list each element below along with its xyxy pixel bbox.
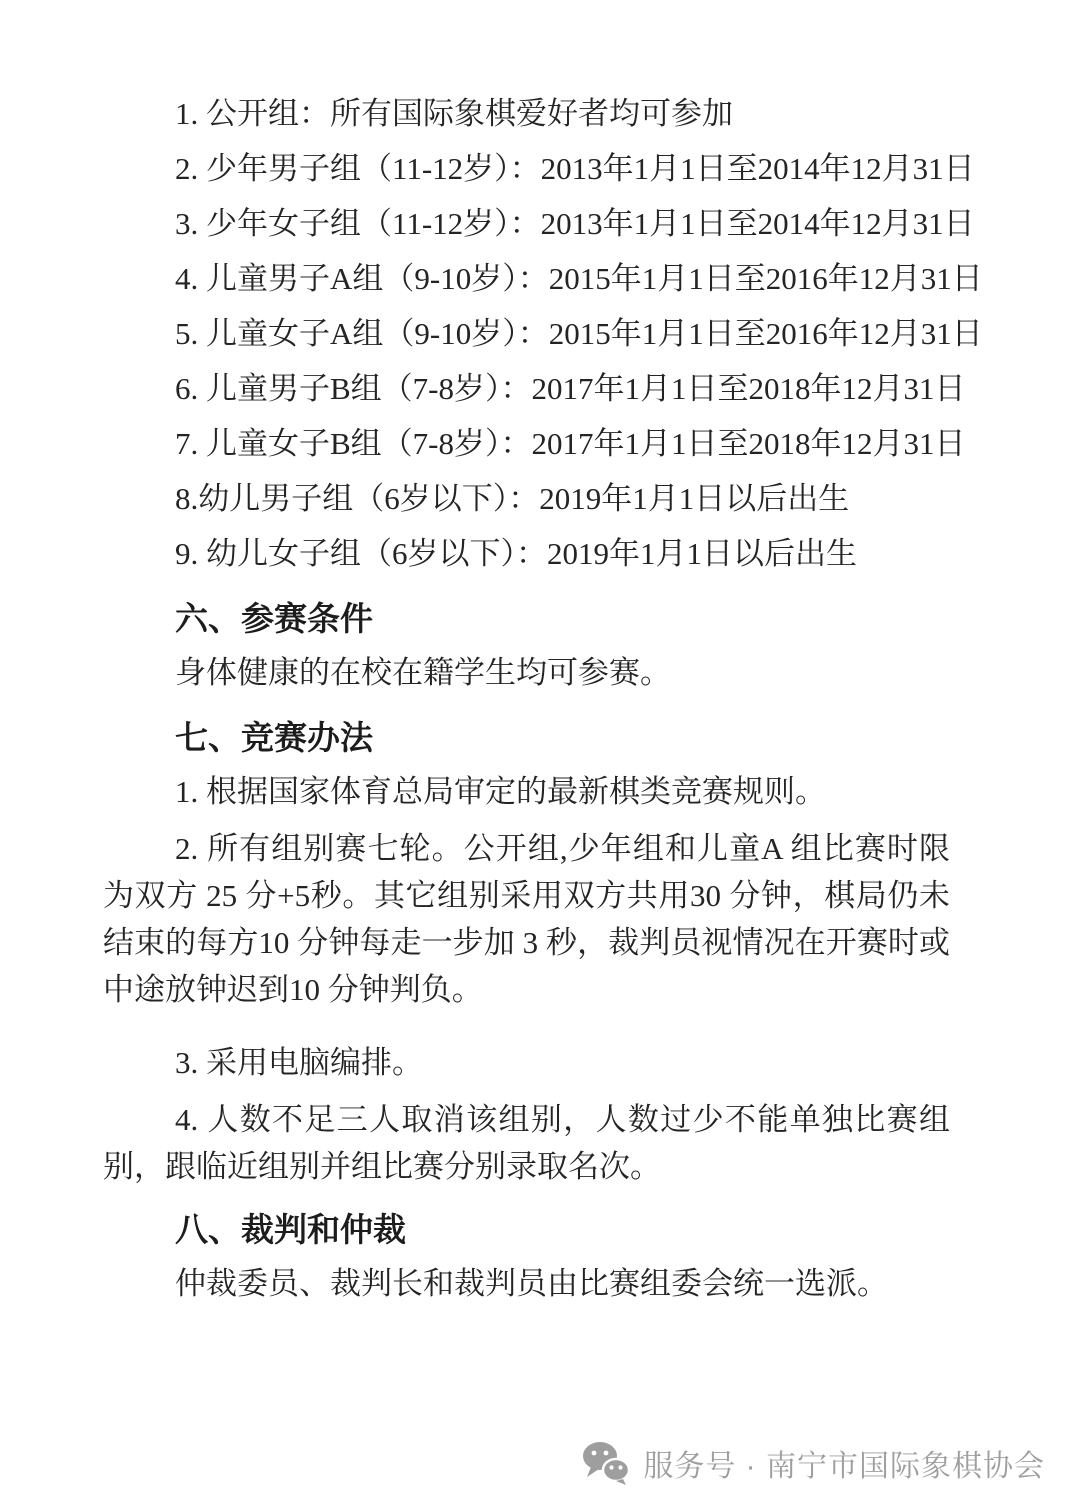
group-item-kids-boys: 8.幼儿男子组（6岁以下）：2019年1月1日以后出生 [103, 471, 950, 526]
group-item-junior-girls: 3. 少年女子组（11-12岁）：2013年1月1日至2014年12月31日 [103, 196, 950, 251]
wechat-icon [581, 1441, 631, 1485]
rules-paragraph-3: 3. 采用电脑编排。 [103, 1039, 950, 1086]
group-item-kids-girls: 9. 幼儿女子组（6岁以下）：2019年1月1日以后出生 [103, 526, 950, 581]
group-item-children-girls-a: 5. 儿童女子A组（9-10岁）：2015年1月1日至2016年12月31日 [103, 306, 950, 361]
section-heading-entry-conditions: 六、参赛条件 [103, 597, 950, 641]
group-item-children-girls-b: 7. 儿童女子B组（7-8岁）：2017年1月1日至2018年12月31日 [103, 416, 950, 471]
group-list: 1. 公开组：所有国际象棋爱好者均可参加 2. 少年男子组（11-12岁）：20… [103, 86, 950, 581]
group-item-children-boys-a: 4. 儿童男子A组（9-10岁）：2015年1月1日至2016年12月31日 [103, 251, 950, 306]
group-item-junior-boys: 2. 少年男子组（11-12岁）：2013年1月1日至2014年12月31日 [103, 141, 950, 196]
rules-paragraph-2: 2. 所有组别赛七轮。公开组,少年组和儿童A 组比赛时限为双方 25 分+5秒。… [103, 825, 950, 1013]
section-heading-referee-arbitration: 八、裁判和仲裁 [103, 1208, 950, 1252]
entry-conditions-text: 身体健康的在校在籍学生均可参赛。 [103, 649, 950, 696]
group-item-children-boys-b: 6. 儿童男子B组（7-8岁）：2017年1月1日至2018年12月31日 [103, 361, 950, 416]
referee-arbitration-text: 仲裁委员、裁判长和裁判员由比赛组委会统一选派。 [103, 1260, 950, 1307]
document-page: 1. 公开组：所有国际象棋爱好者均可参加 2. 少年男子组（11-12岁）：20… [0, 0, 1080, 1307]
wechat-account-label: 服务号 · 南宁市国际象棋协会 [643, 1441, 1045, 1485]
rules-paragraph-1: 1. 根据国家体育总局审定的最新棋类竞赛规则。 [103, 768, 950, 815]
wechat-service-account-footer[interactable]: 服务号 · 南宁市国际象棋协会 [581, 1441, 1045, 1485]
group-item-open: 1. 公开组：所有国际象棋爱好者均可参加 [103, 86, 950, 141]
section-heading-competition-rules: 七、竞赛办法 [103, 716, 950, 760]
rules-paragraph-4: 4. 人数不足三人取消该组别，人数过少不能单独比赛组别，跟临近组别并组比赛分别录… [103, 1096, 950, 1190]
